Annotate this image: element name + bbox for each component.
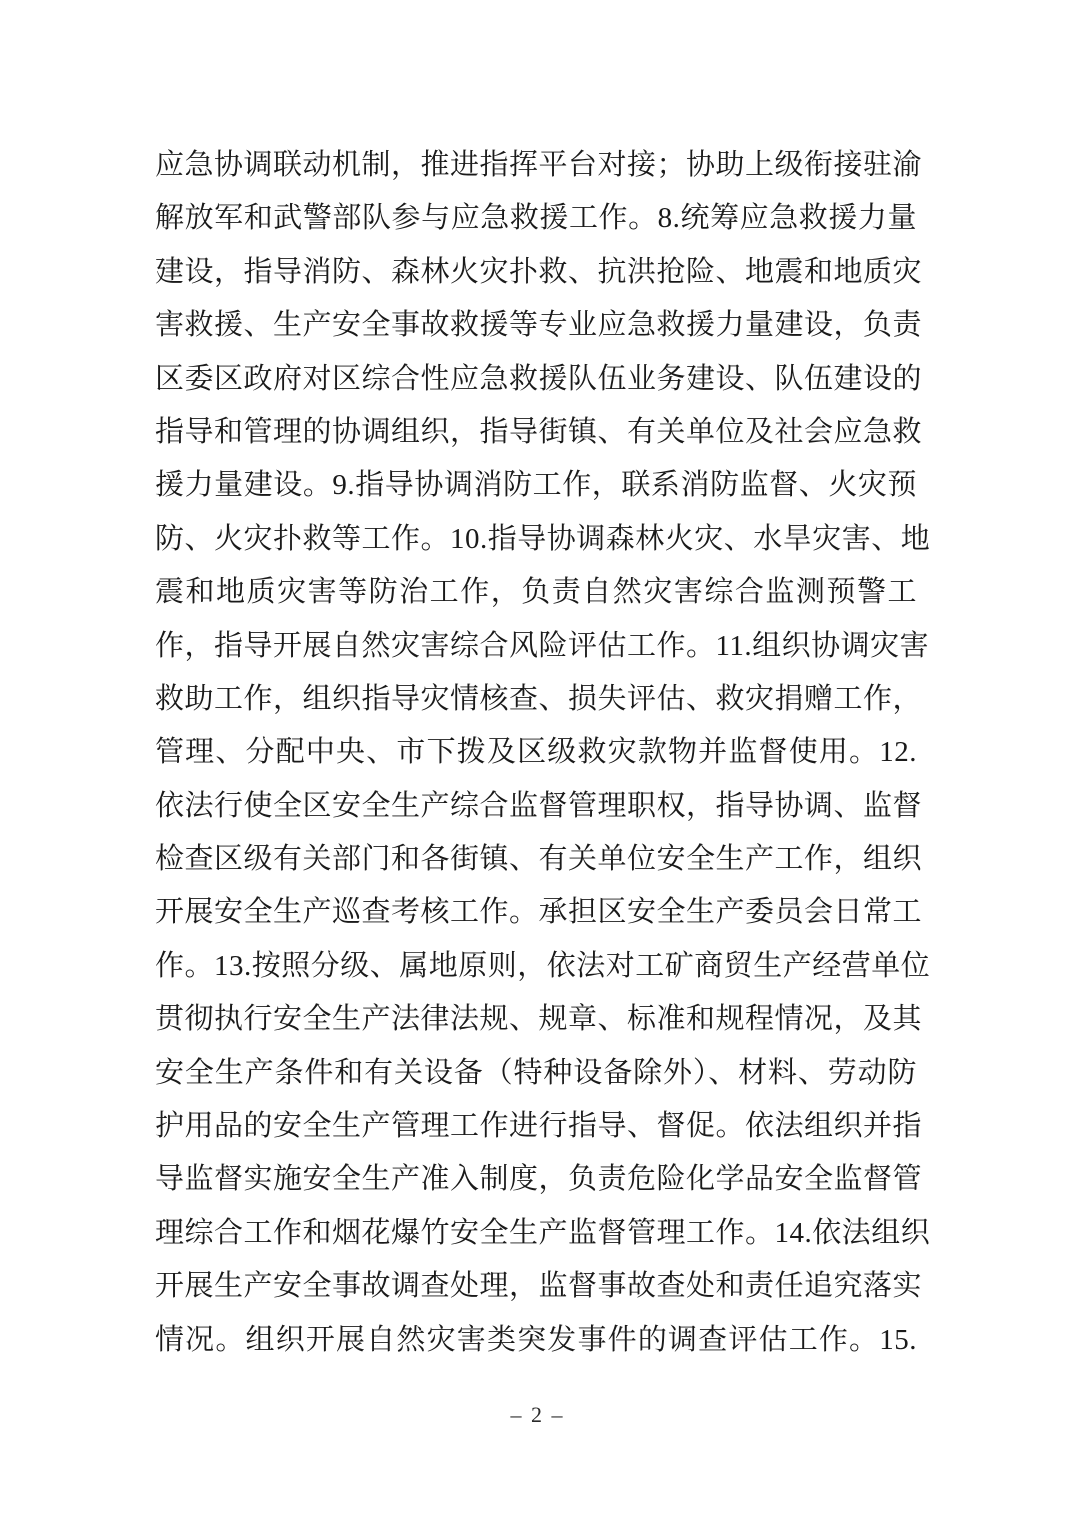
text-line: 作，指导开展自然灾害综合风险评估工作。11.组织协调灾害 [155, 620, 917, 673]
text-line: 贯彻执行安全生产法律法规、规章、标准和规程情况，及其 [155, 993, 917, 1046]
text-line: 安全生产条件和有关设备（特种设备除外）、材料、劳动防 [155, 1047, 917, 1100]
text-line: 作。13.按照分级、属地原则，依法对工矿商贸生产经营单位 [155, 940, 917, 993]
text-line: 检查区级有关部门和各街镇、有关单位安全生产工作，组织 [155, 833, 917, 886]
document-page: 应急协调联动机制，推进指挥平台对接；协助上级衔接驻渝 解放军和武警部队参与应急救… [0, 0, 1075, 1520]
text-line: 害救援、生产安全事故救援等专业应急救援力量建设，负责 [155, 299, 917, 352]
text-line: 区委区政府对区综合性应急救援队伍业务建设、队伍建设的 [155, 353, 917, 406]
text-line: 援力量建设。9.指导协调消防工作，联系消防监督、火灾预 [155, 459, 917, 512]
text-line: 开展生产安全事故调查处理，监督事故查处和责任追究落实 [155, 1260, 917, 1313]
text-line: 应急协调联动机制，推进指挥平台对接；协助上级衔接驻渝 [155, 139, 917, 192]
text-line: 依法行使全区安全生产综合监督管理职权，指导协调、监督 [155, 780, 917, 833]
document-body-text: 应急协调联动机制，推进指挥平台对接；协助上级衔接驻渝 解放军和武警部队参与应急救… [155, 139, 917, 1367]
text-line: 开展安全生产巡查考核工作。承担区安全生产委员会日常工 [155, 886, 917, 939]
text-line: 救助工作，组织指导灾情核查、损失评估、救灾捐赠工作， [155, 673, 917, 726]
text-line: 管理、分配中央、市下拨及区级救灾款物并监督使用。12. [155, 726, 917, 779]
text-line: 建设，指导消防、森林火灾扑救、抗洪抢险、地震和地质灾 [155, 246, 917, 299]
text-line: 护用品的安全生产管理工作进行指导、督促。依法组织并指 [155, 1100, 917, 1153]
text-line: 导监督实施安全生产准入制度，负责危险化学品安全监督管 [155, 1153, 917, 1206]
text-line: 理综合工作和烟花爆竹安全生产监督管理工作。14.依法组织 [155, 1207, 917, 1260]
text-line: 指导和管理的协调组织，指导街镇、有关单位及社会应急救 [155, 406, 917, 459]
text-line: 解放军和武警部队参与应急救援工作。8.统筹应急救援力量 [155, 192, 917, 245]
text-line: 情况。组织开展自然灾害类突发事件的调查评估工作。15. [155, 1314, 917, 1367]
page-number: – 2 – [0, 1400, 1075, 1430]
text-line: 防、火灾扑救等工作。10.指导协调森林火灾、水旱灾害、地 [155, 513, 917, 566]
text-line: 震和地质灾害等防治工作，负责自然灾害综合监测预警工 [155, 566, 917, 619]
